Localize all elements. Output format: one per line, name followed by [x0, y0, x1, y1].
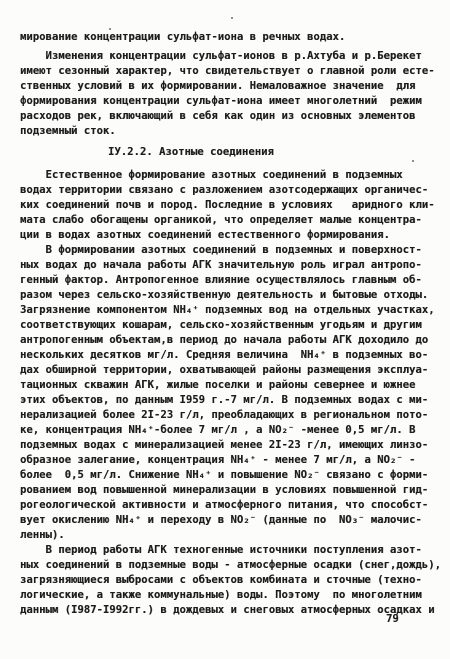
text-line: ких соединений почв и пород. Последние в…: [20, 198, 444, 213]
text-line: водах территории связано с разложением а…: [20, 183, 444, 198]
page-number: 79: [386, 612, 399, 627]
text-line: ственных условий в их формировании. Нема…: [20, 79, 444, 94]
text-line: мирование концентрации сульфат-иона в ре…: [20, 30, 444, 45]
text-line: более 0,5 мг/л. Снижение NH₄⁺ и повышени…: [20, 468, 444, 483]
text-line: соответствующих кошарам, сельско-хозяйст…: [20, 318, 444, 333]
text-line: данным (I987-I992гг.) в дождевых и снего…: [20, 603, 444, 618]
text-line: загрязняющиеся выбросами с объектов комб…: [20, 573, 444, 588]
text-line: формирования концентрации сульфат-иона и…: [20, 94, 444, 109]
text-line: Изменения концентрации сульфат-ионов в р…: [20, 49, 444, 64]
text-line: ных соединений в подземные воды - атмосф…: [20, 558, 444, 573]
text-line: дах обширной территории, охватывающей ра…: [20, 363, 444, 378]
scan-speck: [231, 17, 233, 19]
scan-speck: [412, 160, 414, 162]
text-line: ленны).: [20, 528, 444, 543]
text-line: ке, концентрация NH₄⁺-более 7 мг/л , а N…: [20, 423, 444, 438]
text-line: рогеологической активности и атмосферног…: [20, 498, 444, 513]
text-line: этих объектов, по данным I959 г.-7 мг/л.…: [20, 393, 444, 408]
text-line: мата слабо обогащены органикой, что опре…: [20, 213, 444, 228]
text-line: В период работы АГК техногенные источник…: [20, 543, 444, 558]
text-line: логические, а также коммунальные) воды. …: [20, 588, 444, 603]
text-line: вует окислению NH₄⁺ и переходу в NO₂⁻ (д…: [20, 513, 444, 528]
text-line: генный фактор. Антропогенное влияние осу…: [20, 273, 444, 288]
text-line: В формировании азотных соединений в подз…: [20, 243, 444, 258]
text-line: ции в водах азотных соединений естествен…: [20, 228, 444, 243]
text-line: образное залегание, концентрация NH₄⁺ - …: [20, 453, 444, 468]
intro-paragraphs: мирование концентрации сульфат-иона в ре…: [20, 30, 444, 139]
text-line: имеют сезонный характер, что свидетельст…: [20, 64, 444, 79]
text-line: Естественное формирование азотных соедин…: [20, 168, 444, 183]
text-line: тационных скважин АГК, жилые поселки и р…: [20, 378, 444, 393]
text-line: рованием вод повышенной минерализации в …: [20, 483, 444, 498]
body-paragraphs: Естественное формирование азотных соедин…: [20, 168, 444, 618]
scanned-document-page: мирование концентрации сульфат-иона в ре…: [0, 0, 450, 659]
text-line: подземный сток.: [20, 124, 444, 139]
text-line: разом через сельско-хозяйственную деятел…: [20, 288, 444, 303]
text-line: расходов рек, включающий в себя как один…: [20, 109, 444, 124]
text-line: Загрязнение компонентом NH₄⁺ подземных в…: [20, 303, 444, 318]
section-heading: IУ.2.2. Азотные соединения: [108, 145, 444, 160]
text-line: подземных водах с минерализацией менее 2…: [20, 438, 444, 453]
text-line: нерализацией более 2I-23 г/л, преобладаю…: [20, 408, 444, 423]
text-content: мирование концентрации сульфат-иона в ре…: [0, 0, 450, 618]
text-line: нескольких десятков мг/л. Средняя величи…: [20, 348, 444, 363]
scan-speck: [109, 28, 111, 30]
text-line: ных водах до начала работы АГК значитель…: [20, 258, 444, 273]
text-line: антропогенным объектам,в период до начал…: [20, 333, 444, 348]
